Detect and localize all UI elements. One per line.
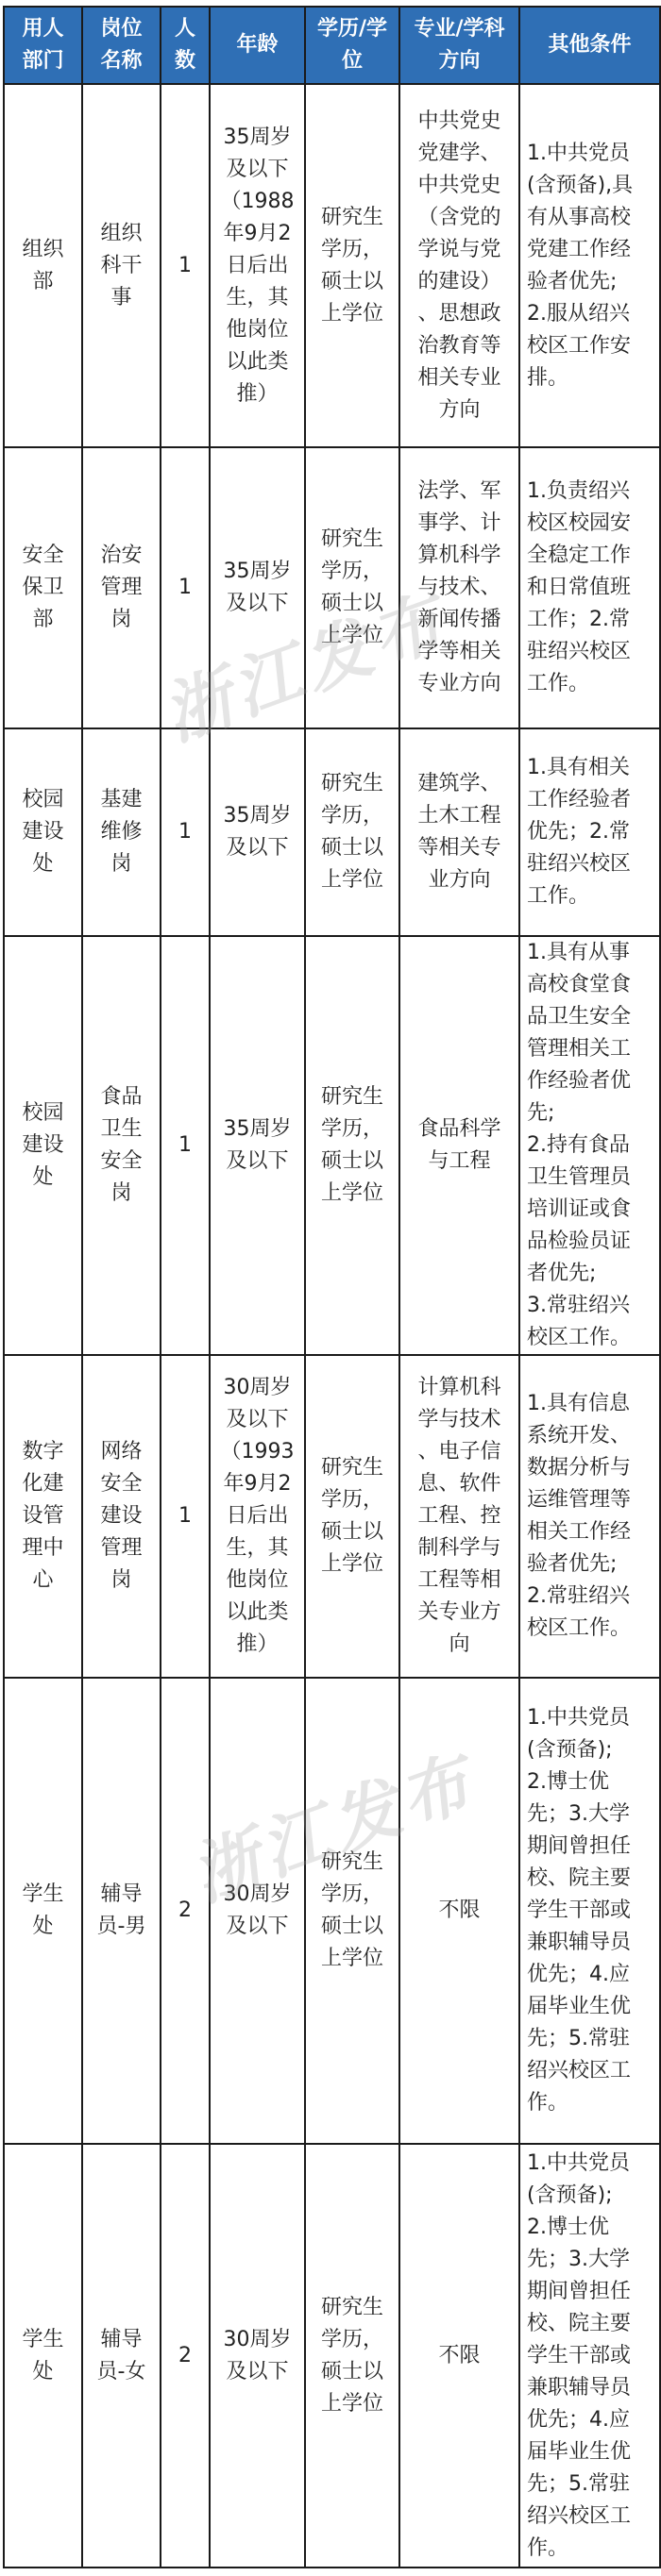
table-row: 校园 建设 处 食品 卫生 安全 岗 1 35周岁 及以下 研究生 学历， 硕士… [4,936,660,1355]
cell-department: 学生 处 [4,2144,82,2568]
cell-age: 30周岁 及以下 [210,2144,305,2568]
cell-position: 治安 管理 岗 [82,447,161,728]
cell-department: 校园 建设 处 [4,728,82,936]
cell-age: 30周岁 及以下 （1993 年9月2 日后出 生，其 他岗位 以此类 推） [210,1355,305,1678]
cell-age: 30周岁 及以下 [210,1678,305,2144]
cell-age: 35周岁 及以下 [210,728,305,936]
cell-conditions: 1.中共党员 (含预备),具 有从事高校 党建工作经 验者优先; 2.服从绍兴 … [519,84,660,447]
cell-age: 35周岁 及以下 [210,936,305,1355]
cell-department: 学生 处 [4,1678,82,2144]
cell-position: 基建 维修 岗 [82,728,161,936]
cell-education: 研究生 学历， 硕士以 上学位 [305,447,399,728]
cell-department: 组织 部 [4,84,82,447]
header-count: 人 数 [161,7,210,84]
cell-count: 2 [161,1678,210,2144]
cell-conditions: 1.中共党员 (含预备); 2.博士优 先；3.大学 期间曾担任 校、院主要 学… [519,2144,660,2568]
recruitment-table: 用人 部门 岗位 名称 人 数 年龄 学历/学 位 专业/学科 方向 其他条件 … [3,6,661,2568]
cell-conditions: 1.中共党员 (含预备); 2.博士优 先；3.大学 期间曾担任 校、院主要 学… [519,1678,660,2144]
cell-count: 1 [161,1355,210,1678]
cell-count: 1 [161,936,210,1355]
cell-major: 计算机科 学与技术 、电子信 息、软件 工程、控 制科学与 工程等相 关专业方 … [399,1355,519,1678]
header-age: 年龄 [210,7,305,84]
table-row: 学生 处 辅导 员-女 2 30周岁 及以下 研究生 学历， 硕士以 上学位 不… [4,2144,660,2568]
header-department: 用人 部门 [4,7,82,84]
cell-conditions: 1.具有从事 高校食堂食 品卫生安全 管理相关工 作经验者优 先; 2.持有食品… [519,936,660,1355]
cell-conditions: 1.具有信息 系统开发、 数据分析与 运维管理等 相关工作经 验者优先; 2.常… [519,1355,660,1678]
table-row: 组织 部 组织 科干 事 1 35周岁 及以下 （1988 年9月2 日后出 生… [4,84,660,447]
cell-major: 不限 [399,1678,519,2144]
header-major: 专业/学科 方向 [399,7,519,84]
cell-department: 数字 化建 设管 理中 心 [4,1355,82,1678]
cell-major: 不限 [399,2144,519,2568]
cell-education: 研究生 学历， 硕士以 上学位 [305,84,399,447]
cell-major: 法学、军 事学、计 算机科学 与技术、 新闻传播 学等相关 专业方向 [399,447,519,728]
table-row: 校园 建设 处 基建 维修 岗 1 35周岁 及以下 研究生 学历， 硕士以 上… [4,728,660,936]
header-education: 学历/学 位 [305,7,399,84]
cell-age: 35周岁 及以下 （1988 年9月2 日后出 生，其 他岗位 以此类 推） [210,84,305,447]
header-position: 岗位 名称 [82,7,161,84]
cell-education: 研究生 学历， 硕士以 上学位 [305,2144,399,2568]
cell-conditions: 1.负责绍兴 校区校园安 全稳定工作 和日常值班 工作；2.常 驻绍兴校区 工作… [519,447,660,728]
table-header-row: 用人 部门 岗位 名称 人 数 年龄 学历/学 位 专业/学科 方向 其他条件 [4,7,660,84]
table-row: 安全 保卫 部 治安 管理 岗 1 35周岁 及以下 研究生 学历， 硕士以 上… [4,447,660,728]
cell-position: 辅导 员-男 [82,1678,161,2144]
cell-count: 1 [161,728,210,936]
cell-education: 研究生 学历， 硕士以 上学位 [305,728,399,936]
cell-position: 组织 科干 事 [82,84,161,447]
cell-conditions: 1.具有相关 工作经验者 优先；2.常 驻绍兴校区 工作。 [519,728,660,936]
cell-position: 食品 卫生 安全 岗 [82,936,161,1355]
cell-education: 研究生 学历， 硕士以 上学位 [305,1678,399,2144]
cell-education: 研究生 学历， 硕士以 上学位 [305,1355,399,1678]
cell-age: 35周岁 及以下 [210,447,305,728]
cell-department: 安全 保卫 部 [4,447,82,728]
cell-count: 1 [161,84,210,447]
cell-education: 研究生 学历， 硕士以 上学位 [305,936,399,1355]
cell-major: 中共党史 党建学、 中共党史 （含党的 学说与党 的建设） 、思想政 治教育等 … [399,84,519,447]
cell-major: 建筑学、 土木工程 等相关专 业方向 [399,728,519,936]
cell-position: 网络 安全 建设 管理 岗 [82,1355,161,1678]
cell-department: 校园 建设 处 [4,936,82,1355]
header-conditions: 其他条件 [519,7,660,84]
cell-major: 食品科学 与工程 [399,936,519,1355]
table-row: 数字 化建 设管 理中 心 网络 安全 建设 管理 岗 1 30周岁 及以下 （… [4,1355,660,1678]
cell-count: 1 [161,447,210,728]
cell-position: 辅导 员-女 [82,2144,161,2568]
table-row: 学生 处 辅导 员-男 2 30周岁 及以下 研究生 学历， 硕士以 上学位 不… [4,1678,660,2144]
cell-count: 2 [161,2144,210,2568]
